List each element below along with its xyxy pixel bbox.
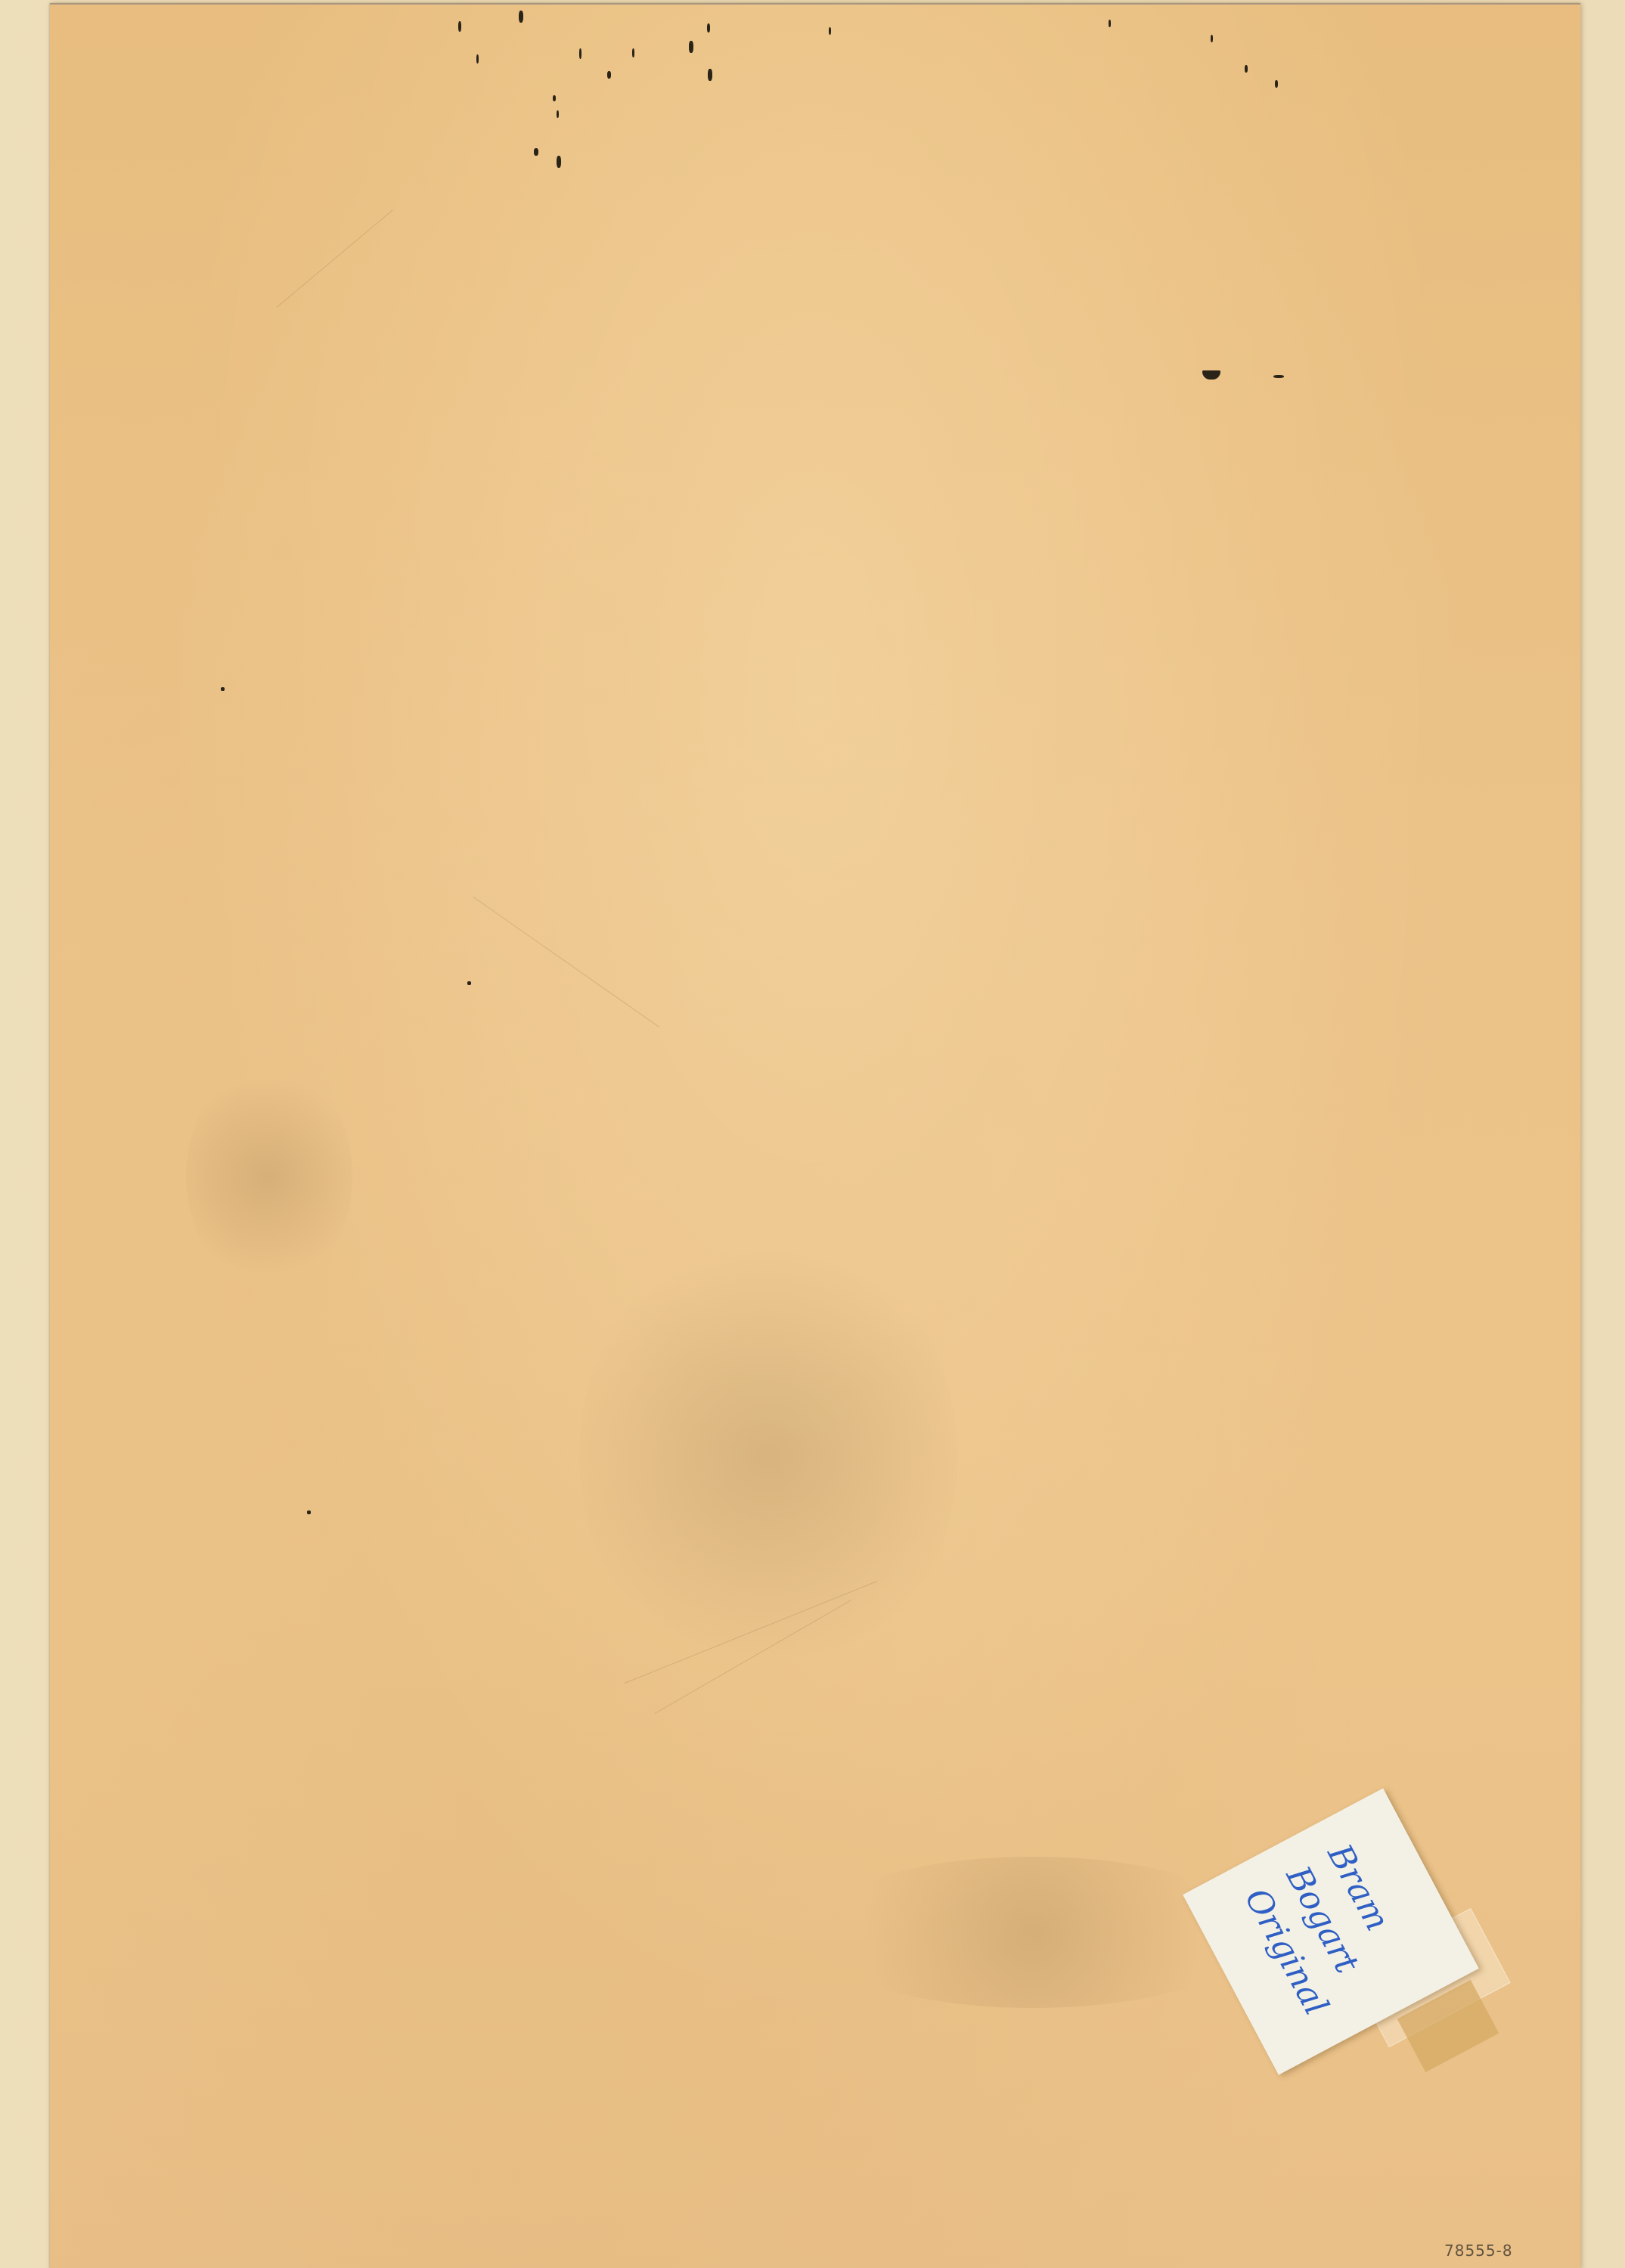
speck: [689, 41, 693, 53]
ink-blot: [1202, 370, 1220, 380]
speck: [458, 21, 461, 32]
speck: [307, 1510, 311, 1514]
show-through-stain: [186, 1063, 352, 1290]
show-through-stain: [806, 1857, 1260, 2008]
speck: [476, 54, 479, 64]
speck: [707, 23, 710, 33]
ink-mark: [1273, 375, 1284, 378]
speck: [632, 48, 634, 57]
speck: [607, 71, 611, 79]
note-text: Bram Bogart Original: [1233, 1836, 1422, 2024]
speck: [557, 156, 561, 168]
speck: [534, 148, 538, 156]
speck: [1109, 20, 1111, 27]
speck: [553, 95, 556, 101]
speck: [829, 27, 831, 35]
show-through-stain: [579, 1229, 957, 1683]
speck: [557, 110, 559, 118]
scratch: [473, 897, 659, 1027]
speck: [519, 11, 523, 23]
inventory-number: 78555-8: [1444, 2242, 1513, 2260]
speck: [221, 687, 225, 691]
speck: [1245, 65, 1248, 73]
speck: [708, 69, 712, 81]
scratch: [277, 210, 393, 308]
speck: [1275, 80, 1278, 88]
speck: [1211, 35, 1213, 42]
speck: [467, 981, 471, 985]
speck: [579, 48, 581, 59]
